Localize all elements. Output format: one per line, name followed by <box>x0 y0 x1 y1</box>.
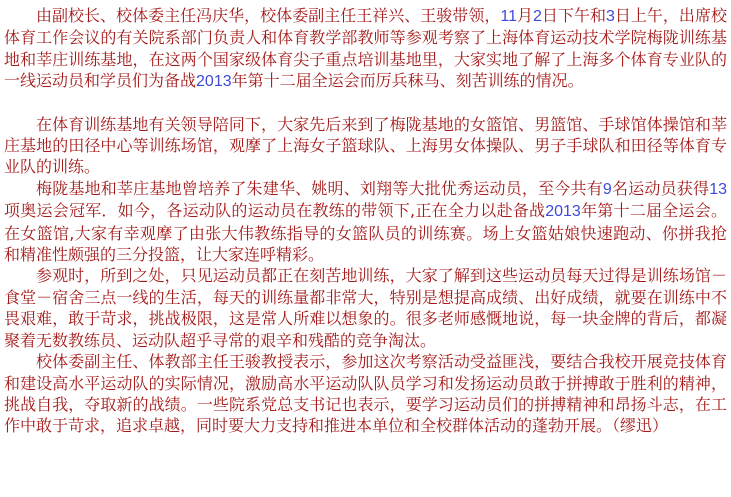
numeral: 2013 <box>545 203 581 220</box>
paragraph: 校体委副主任、体教部主任王骏教授表示，参加这次考察活动受益匪浅，要结合我校开展竞… <box>4 351 727 437</box>
numeral: 3 <box>606 8 615 25</box>
numeral: 9 <box>603 181 612 198</box>
article-body: 由副校长、校体委主任冯庆华，校体委副主任王祥兴、王骏带领，11月2日下午和3日上… <box>0 0 731 497</box>
paragraph: 在体育训练基地有关领导陪同下，大家先后来到了梅陇基地的女篮馆、男篮馆、手球馆体操… <box>4 114 727 178</box>
paragraph: 梅陇基地和莘庄基地曾培养了朱建华、姚明、刘翔等大批优秀运动员，至今共有9名运动员… <box>4 178 727 266</box>
numeral: 2 <box>533 8 542 25</box>
numeral: 2013 <box>196 73 232 90</box>
paragraph: 参观时，所到之处，只见运动员都正在刻苦地训练，大家了解到这些运动员每天过得是训练… <box>4 265 727 351</box>
numeral: 11 <box>500 8 517 25</box>
paragraph: 由副校长、校体委主任冯庆华，校体委副主任王祥兴、王骏带领，11月2日下午和3日上… <box>4 5 727 93</box>
numeral: 13 <box>709 181 727 198</box>
